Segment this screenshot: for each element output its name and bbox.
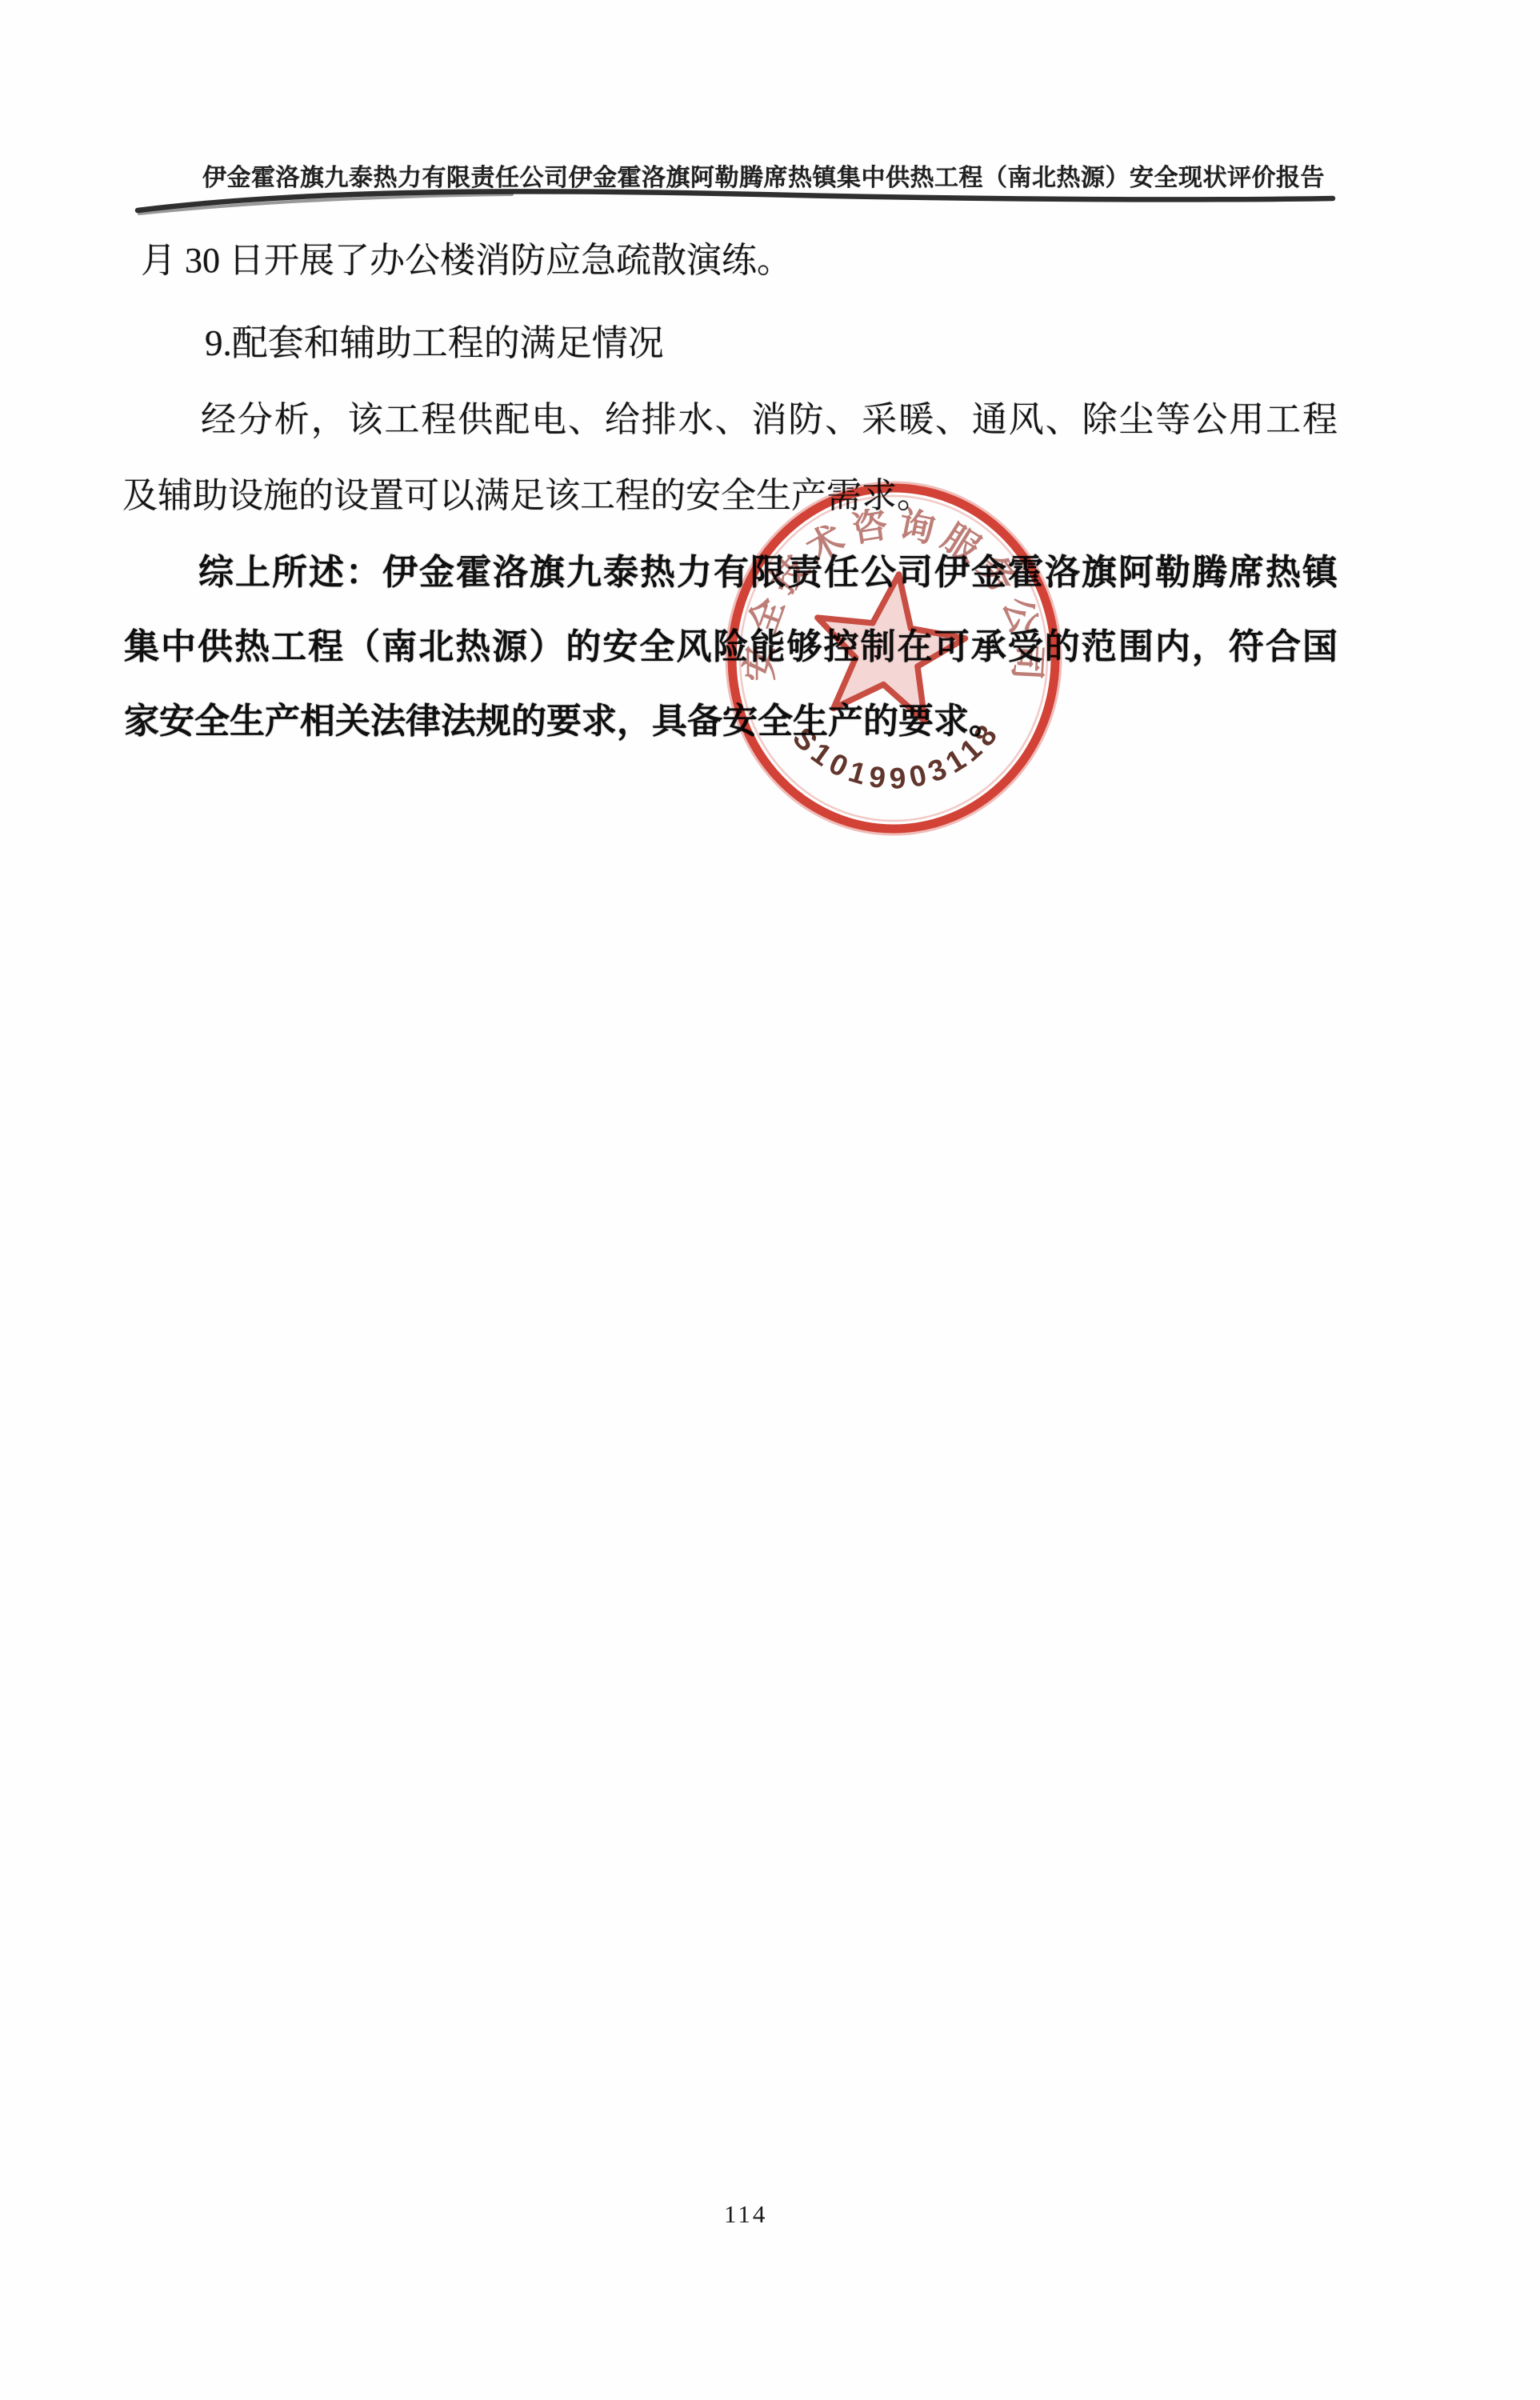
section-heading: 9.配套和辅助工程的满足情况	[205, 319, 664, 367]
document-page: 伊金霍洛旗九泰热力有限责任公司伊金霍洛旗阿勒腾席热镇集中供热工程（南北热源）安全…	[0, 0, 1540, 2400]
page-number: 114	[724, 2200, 767, 2229]
conclusion-line: 集中供热工程（南北热源）的安全风险能够控制在可承受的范围内，符合国	[124, 623, 1338, 671]
body-line: 及辅助设施的设置可以满足该工程的安全生产需求。	[122, 472, 932, 520]
page-header-title: 伊金霍洛旗九泰热力有限责任公司伊金霍洛旗阿勒腾席热镇集中供热工程（南北热源）安全…	[202, 158, 1325, 193]
conclusion-line: 综上所述：伊金霍洛旗九泰热力有限责任公司伊金霍洛旗阿勒腾席热镇	[125, 549, 1338, 597]
body-line: 经分析，该工程供配电、给排水、消防、采暖、通风、除尘等公用工程	[126, 396, 1338, 444]
conclusion-line: 家安全生产相关法律法规的要求，具备安全生产的要求。	[124, 698, 1004, 746]
header-underline	[138, 191, 1333, 214]
body-line: 月 30 日开展了办公楼消防应急疏散演练。	[141, 237, 792, 285]
